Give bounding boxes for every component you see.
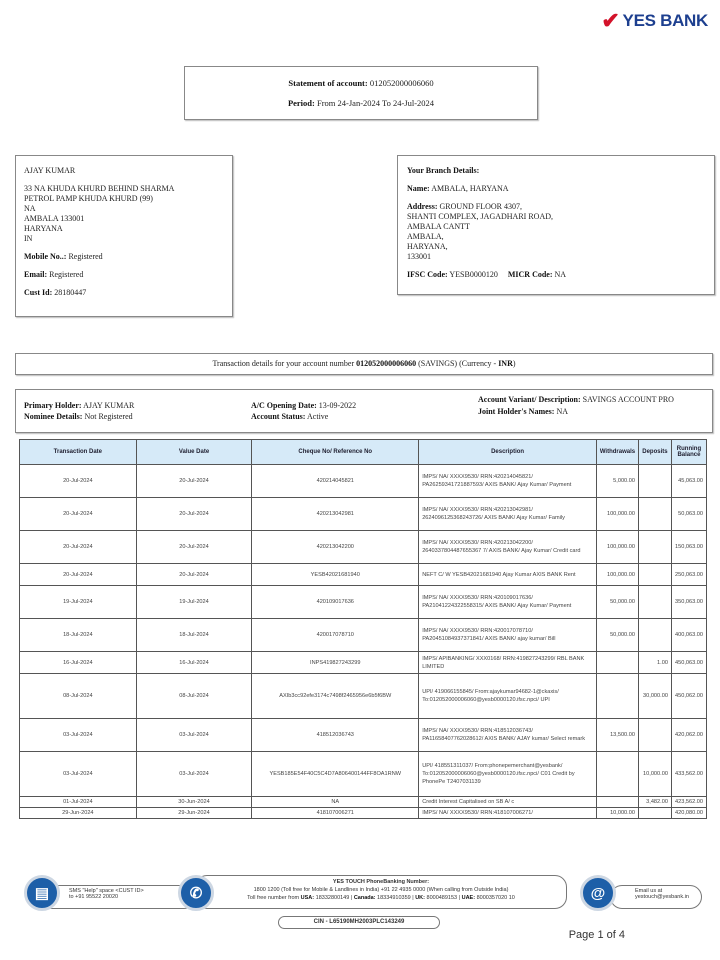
branch-codes: IFSC Code: YESB0000120 MICR Code: NA <box>407 270 705 280</box>
deposit-cell: 1.00 <box>638 652 671 674</box>
branch-details: Your Branch Details: Name: AMBALA, HARYA… <box>397 155 715 295</box>
statement-account-number: 012052000006060 <box>370 78 434 88</box>
transaction-date-cell: 20-Jul-2024 <box>20 465 137 498</box>
page-indicator: Page 1 of 4 <box>569 929 625 941</box>
description-cell: IMPS/ NA/ XXXX9530/ RRN:420213042981/ 26… <box>419 498 597 531</box>
transactions-table: Transaction Date Value Date Cheque No/ R… <box>19 439 707 819</box>
table-row: 08-Jul-202408-Jul-2024AXIb3cc92efe3174c7… <box>20 674 707 719</box>
period-value: From 24-Jan-2024 To 24-Jul-2024 <box>317 98 434 108</box>
balance-cell: 423,562.00 <box>671 797 706 808</box>
reference-cell: YESB185E54F40C5C4D7A806400144FF8OA1RNW <box>252 752 419 797</box>
value-date-cell: 03-Jul-2024 <box>136 719 252 752</box>
micr-value: NA <box>555 270 567 279</box>
balance-cell: 50,063.00 <box>671 498 706 531</box>
balance-cell: 433,562.00 <box>671 752 706 797</box>
cin-number: CIN - L65190MH2003PLC143249 <box>278 916 440 929</box>
value-date-cell: 30-Jun-2024 <box>136 797 252 808</box>
withdrawal-cell <box>596 652 638 674</box>
balance-cell: 45,063.00 <box>671 465 706 498</box>
col-reference: Cheque No/ Reference No <box>252 440 419 465</box>
deposit-cell <box>638 719 671 752</box>
branch-title: Your Branch Details: <box>407 166 479 175</box>
deposit-cell <box>638 465 671 498</box>
balance-cell: 450,062.00 <box>671 674 706 719</box>
withdrawal-cell <box>596 674 638 719</box>
description-cell: IMPS/ NA/ XXXX9530/ RRN:420214045821/ PA… <box>419 465 597 498</box>
withdrawal-cell <box>596 797 638 808</box>
transaction-date-cell: 20-Jul-2024 <box>20 531 137 564</box>
address-line: AMBALA 133001 <box>24 214 224 224</box>
deposit-cell <box>638 531 671 564</box>
transaction-date-cell: 20-Jul-2024 <box>20 498 137 531</box>
reference-cell: 420213042200 <box>252 531 419 564</box>
value-date-cell: 20-Jul-2024 <box>136 531 252 564</box>
mobile-phone-icon: ▤ <box>24 875 60 911</box>
deposit-cell <box>638 498 671 531</box>
address-line: NA <box>24 204 224 214</box>
value-date-cell: 19-Jul-2024 <box>136 586 252 619</box>
col-value-date: Value Date <box>136 440 252 465</box>
branch-name-value: AMBALA, HARYANA <box>431 184 508 193</box>
description-cell: Credit Interest Capitalised on SB A/ c <box>419 797 597 808</box>
withdrawal-cell: 5,000.00 <box>596 465 638 498</box>
balance-cell: 450,063.00 <box>671 652 706 674</box>
nominee-details: Nominee Details: Not Registered <box>24 411 134 422</box>
description-cell: IMPS/ NA/ XXXX9530/ RRN:418512036743/ PA… <box>419 719 597 752</box>
reference-cell: 420213042981 <box>252 498 419 531</box>
description-cell: IMPS/ NA/ XXXX9530/ RRN:420017078710/ PA… <box>419 619 597 652</box>
balance-cell: 420,062.00 <box>671 719 706 752</box>
reference-cell: 420109017636 <box>252 586 419 619</box>
transaction-date-cell: 29-Jun-2024 <box>20 808 137 819</box>
customer-name: AJAY KUMAR <box>24 166 224 176</box>
balance-cell: 350,063.00 <box>671 586 706 619</box>
table-row: 18-Jul-202418-Jul-2024420017078710IMPS/ … <box>20 619 707 652</box>
cust-id-value: 28180447 <box>54 288 86 297</box>
transaction-date-cell: 20-Jul-2024 <box>20 564 137 586</box>
transaction-date-cell: 03-Jul-2024 <box>20 719 137 752</box>
description-cell: UPI/ 419066155845/ From:ajaykumar94682-1… <box>419 674 597 719</box>
address-line: 33 NA KHUDA KHURD BEHIND SHARMA <box>24 184 224 194</box>
customer-address: 33 NA KHUDA KHURD BEHIND SHARMA PETROL P… <box>24 184 224 244</box>
table-row: 19-Jul-202419-Jul-2024420109017636IMPS/ … <box>20 586 707 619</box>
reference-cell: NA <box>252 797 419 808</box>
cust-id-row: Cust Id: 28180447 <box>24 288 224 298</box>
email-value: Registered <box>49 270 83 279</box>
transaction-date-cell: 16-Jul-2024 <box>20 652 137 674</box>
balance-cell: 150,063.00 <box>671 531 706 564</box>
transaction-date-cell: 01-Jul-2024 <box>20 797 137 808</box>
withdrawal-cell: 100,000.00 <box>596 564 638 586</box>
at-sign-icon: @ <box>580 875 616 911</box>
withdrawal-cell: 13,500.00 <box>596 719 638 752</box>
transaction-details-header: Transaction details for your account num… <box>15 353 713 375</box>
reference-cell: 420017078710 <box>252 619 419 652</box>
branch-name-row: Name: AMBALA, HARYANA <box>407 184 705 194</box>
description-cell: NEFT C/ W YESB42021681940 Ajay Kumar AXI… <box>419 564 597 586</box>
description-cell: IMPS/ APIBANKING/ XXX0168/ RRN:419827243… <box>419 652 597 674</box>
account-variant: Account Variant/ Description: SAVINGS AC… <box>478 395 703 404</box>
email-row: Email: Registered <box>24 270 224 280</box>
col-deposits: Deposits <box>638 440 671 465</box>
customer-details: AJAY KUMAR 33 NA KHUDA KHURD BEHIND SHAR… <box>15 155 233 317</box>
description-cell: IMPS/ NA/ XXXX9530/ RRN:420109017636/ PA… <box>419 586 597 619</box>
statement-summary: Statement of account: 012052000006060 Pe… <box>184 66 538 120</box>
reference-cell: 418107006271 <box>252 808 419 819</box>
table-row: 16-Jul-202416-Jul-2024INPS419827243299IM… <box>20 652 707 674</box>
transaction-date-cell: 08-Jul-2024 <box>20 674 137 719</box>
address-line: HARYANA <box>24 224 224 234</box>
deposit-cell <box>638 619 671 652</box>
account-status: Account Status: Active <box>251 411 356 422</box>
description-cell: IMPS/ NA/ XXXX9530/ RRN:420213042200/ 26… <box>419 531 597 564</box>
value-date-cell: 29-Jun-2024 <box>136 808 252 819</box>
value-date-cell: 20-Jul-2024 <box>136 465 252 498</box>
checkmark-icon: ✔ <box>601 8 619 34</box>
balance-cell: 400,063.00 <box>671 619 706 652</box>
withdrawal-cell: 50,000.00 <box>596 586 638 619</box>
reference-cell: YESB42021681940 <box>252 564 419 586</box>
transaction-date-cell: 18-Jul-2024 <box>20 619 137 652</box>
reference-cell: AXIb3cc92efe3174c7498f2465956e6b5f6BW <box>252 674 419 719</box>
phone-icon: ✆ <box>178 875 214 911</box>
description-cell: UPI/ 418551311037/ From:phonepemerchant@… <box>419 752 597 797</box>
withdrawal-cell: 50,000.00 <box>596 619 638 652</box>
joint-holders: Joint Holder's Names: NA <box>478 406 703 417</box>
value-date-cell: 03-Jul-2024 <box>136 752 252 797</box>
deposit-cell <box>638 564 671 586</box>
statement-account-label: Statement of account <box>288 78 364 88</box>
deposit-cell: 10,000.00 <box>638 752 671 797</box>
email-link[interactable]: yestouch@yesbank.in <box>635 894 701 900</box>
sms-help-pill: SMS "Help" space <CUST ID> to +91 95522 … <box>40 885 196 909</box>
table-row: 03-Jul-202403-Jul-2024YESB185E54F40C5C4D… <box>20 752 707 797</box>
withdrawal-cell: 10,000.00 <box>596 808 638 819</box>
col-running-balance: Running Balance <box>671 440 706 465</box>
email-pill[interactable]: Email us at yestouch@yesbank.in <box>610 885 702 909</box>
deposit-cell <box>638 808 671 819</box>
table-row: 20-Jul-202420-Jul-2024420213042200IMPS/ … <box>20 531 707 564</box>
transaction-date-cell: 03-Jul-2024 <box>20 752 137 797</box>
mobile-value: Registered <box>68 252 102 261</box>
table-row: 03-Jul-202403-Jul-2024418512036743IMPS/ … <box>20 719 707 752</box>
col-withdrawals: Withdrawals <box>596 440 638 465</box>
bank-name: YES BANK <box>623 11 708 31</box>
account-info: Primary Holder: AJAY KUMAR Nominee Detai… <box>15 389 713 433</box>
yes-bank-logo: ✔ YES BANK <box>601 8 708 34</box>
value-date-cell: 08-Jul-2024 <box>136 674 252 719</box>
value-date-cell: 20-Jul-2024 <box>136 564 252 586</box>
table-row: 20-Jul-202420-Jul-2024420213042981IMPS/ … <box>20 498 707 531</box>
table-row: 20-Jul-202420-Jul-2024420214045821IMPS/ … <box>20 465 707 498</box>
address-line: PETROL PAMP KHUDA KHURD (99) <box>24 194 224 204</box>
reference-cell: 418512036743 <box>252 719 419 752</box>
phonebanking-pill: YES TOUCH PhoneBanking Number: 1800 1200… <box>195 875 567 909</box>
withdrawal-cell: 100,000.00 <box>596 531 638 564</box>
table-row: 01-Jul-202430-Jun-2024NACredit Interest … <box>20 797 707 808</box>
branch-address: Address: GROUND FLOOR 4307, SHANTI COMPL… <box>407 202 705 262</box>
opening-date: A/C Opening Date: 13-09-2022 <box>251 400 356 411</box>
reference-cell: 420214045821 <box>252 465 419 498</box>
ifsc-value: YESB0000120 <box>449 270 497 279</box>
deposit-cell <box>638 586 671 619</box>
transaction-date-cell: 19-Jul-2024 <box>20 586 137 619</box>
withdrawal-cell <box>596 752 638 797</box>
balance-cell: 250,063.00 <box>671 564 706 586</box>
withdrawal-cell: 100,000.00 <box>596 498 638 531</box>
deposit-cell: 3,482.00 <box>638 797 671 808</box>
table-row: 29-Jun-202429-Jun-2024418107006271IMPS/ … <box>20 808 707 819</box>
table-row: 20-Jul-202420-Jul-2024YESB42021681940NEF… <box>20 564 707 586</box>
col-transaction-date: Transaction Date <box>20 440 137 465</box>
table-header-row: Transaction Date Value Date Cheque No/ R… <box>20 440 707 465</box>
col-description: Description <box>419 440 597 465</box>
balance-cell: 420,080.00 <box>671 808 706 819</box>
deposit-cell: 30,000.00 <box>638 674 671 719</box>
value-date-cell: 16-Jul-2024 <box>136 652 252 674</box>
period-label: Period <box>288 98 312 108</box>
address-line: IN <box>24 234 224 244</box>
mobile-row: Mobile No..: Registered <box>24 252 224 262</box>
value-date-cell: 20-Jul-2024 <box>136 498 252 531</box>
description-cell: IMPS/ NA/ XXXX9530/ RRN:418107006271/ <box>419 808 597 819</box>
primary-holder: Primary Holder: AJAY KUMAR <box>24 400 134 411</box>
value-date-cell: 18-Jul-2024 <box>136 619 252 652</box>
reference-cell: INPS419827243299 <box>252 652 419 674</box>
